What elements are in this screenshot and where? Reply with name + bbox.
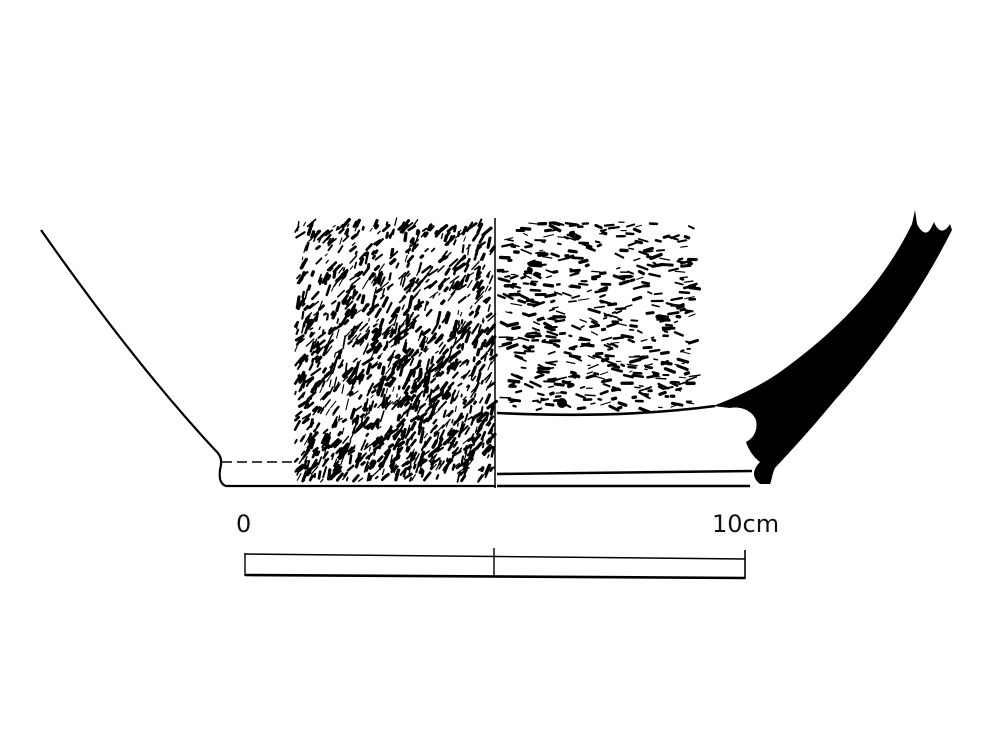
base-inner-line — [497, 471, 752, 474]
exterior-surface-texture — [295, 218, 496, 482]
interior-surface-texture — [498, 222, 700, 412]
scale-end-label: 10cm — [712, 510, 779, 538]
pottery-drawing — [0, 0, 1000, 750]
scale-bar — [245, 548, 745, 579]
scale-start-label: 0 — [236, 510, 251, 538]
vessel-section — [713, 210, 952, 484]
interior-floor-line — [497, 406, 715, 415]
